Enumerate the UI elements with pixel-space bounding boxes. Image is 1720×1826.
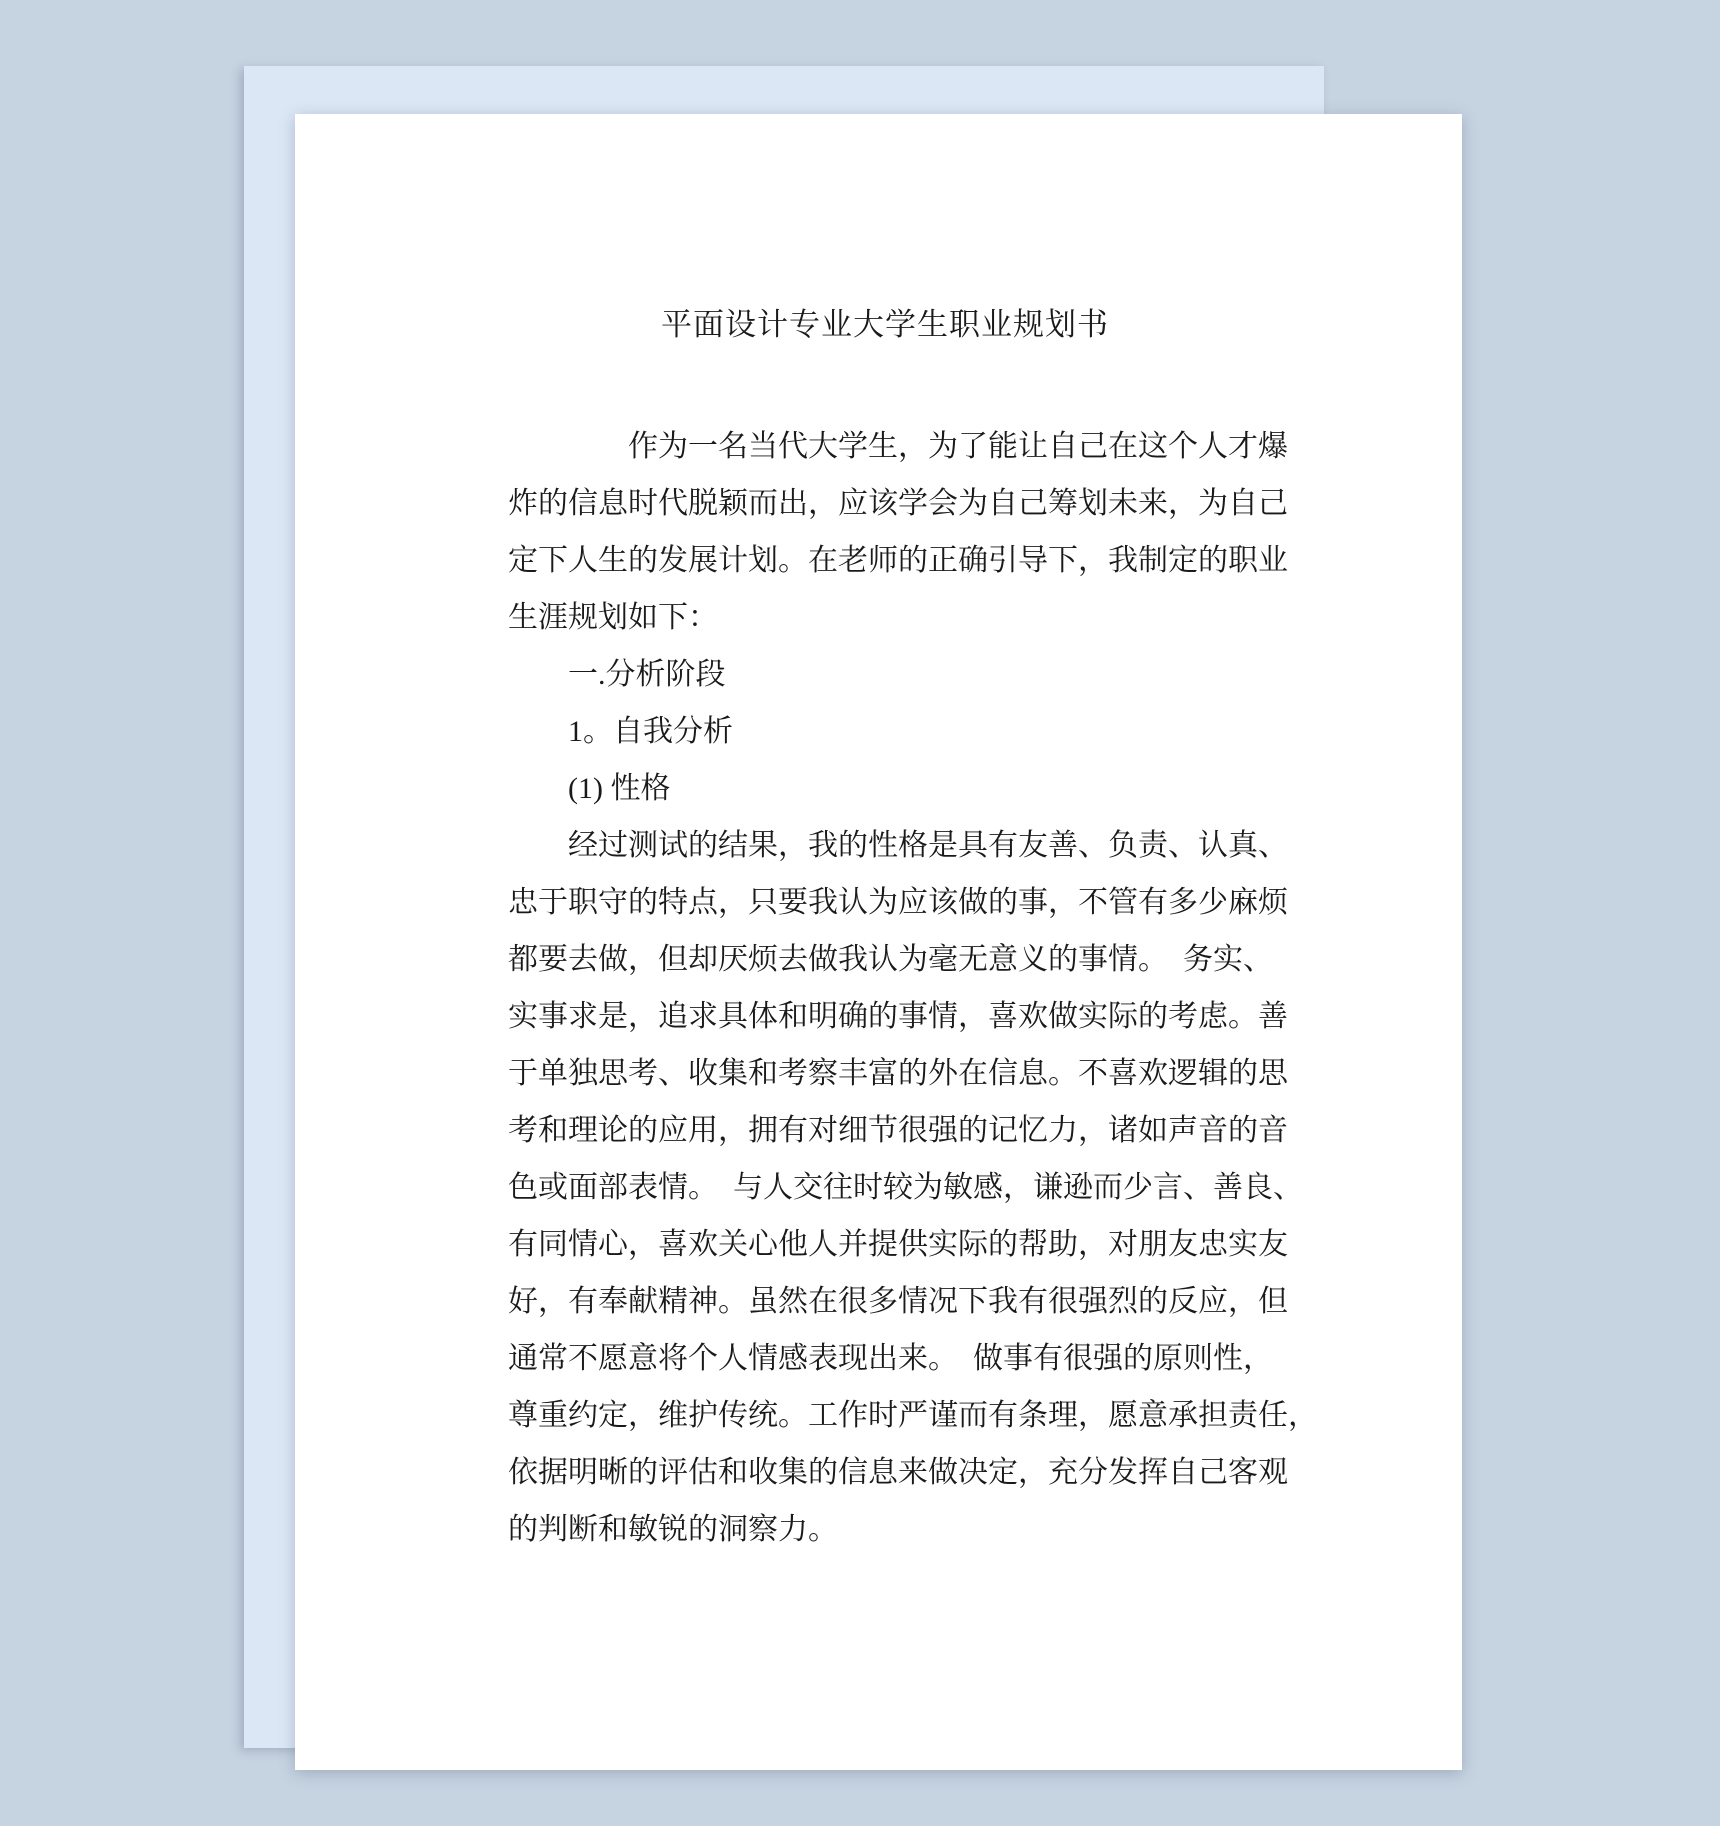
document-title: 平面设计专业大学生职业规划书 (508, 296, 1262, 353)
document-line: 色或面部表情。 与人交往时较为敏感，谦逊而少言、善良、 (508, 1159, 1262, 1216)
document-line: 考和理论的应用，拥有对细节很强的记忆力，诸如声音的音 (508, 1102, 1262, 1159)
document-line: 实事求是，追求具体和明确的事情，喜欢做实际的考虑。善 (508, 988, 1262, 1045)
document-line: 炸的信息时代脱颖而出，应该学会为自己筹划未来，为自己 (508, 475, 1262, 532)
document-line: 经过测试的结果，我的性格是具有友善、负责、认真、 (508, 817, 1262, 874)
document-line: 依据明晰的评估和收集的信息来做决定，充分发挥自己客观 (508, 1444, 1262, 1501)
document-line: 作为一名当代大学生，为了能让自己在这个人才爆 (508, 418, 1262, 475)
document-line-heading: (1) 性格 (508, 760, 1262, 817)
document-line: 定下人生的发展计划。在老师的正确引导下，我制定的职业 (508, 532, 1262, 589)
document-line: 都要去做，但却厌烦去做我认为毫无意义的事情。 务实、 (508, 931, 1262, 988)
document-line: 生涯规划如下： (508, 589, 1262, 646)
document-line-heading: 1。自我分析 (508, 703, 1262, 760)
document-line: 通常不愿意将个人情感表现出来。 做事有很强的原则性， (508, 1330, 1262, 1387)
document-line-heading: 一.分析阶段 (508, 646, 1262, 703)
document-line: 好，有奉献精神。虽然在很多情况下我有很强烈的反应，但 (508, 1273, 1262, 1330)
desktop-background: 平面设计专业大学生职业规划书 作为一名当代大学生，为了能让自己在这个人才爆 炸的… (0, 0, 1720, 1826)
document-line: 尊重约定，维护传统。工作时严谨而有条理，愿意承担责任， (508, 1387, 1262, 1444)
document-line: 忠于职守的特点，只要我认为应该做的事，不管有多少麻烦 (508, 874, 1262, 931)
document-line: 的判断和敏锐的洞察力。 (508, 1501, 1262, 1558)
document-line: 于单独思考、收集和考察丰富的外在信息。不喜欢逻辑的思 (508, 1045, 1262, 1102)
document-page: 平面设计专业大学生职业规划书 作为一名当代大学生，为了能让自己在这个人才爆 炸的… (295, 114, 1462, 1770)
document-line: 有同情心，喜欢关心他人并提供实际的帮助，对朋友忠实友 (508, 1216, 1262, 1273)
document-body: 作为一名当代大学生，为了能让自己在这个人才爆 炸的信息时代脱颖而出，应该学会为自… (508, 418, 1262, 1558)
